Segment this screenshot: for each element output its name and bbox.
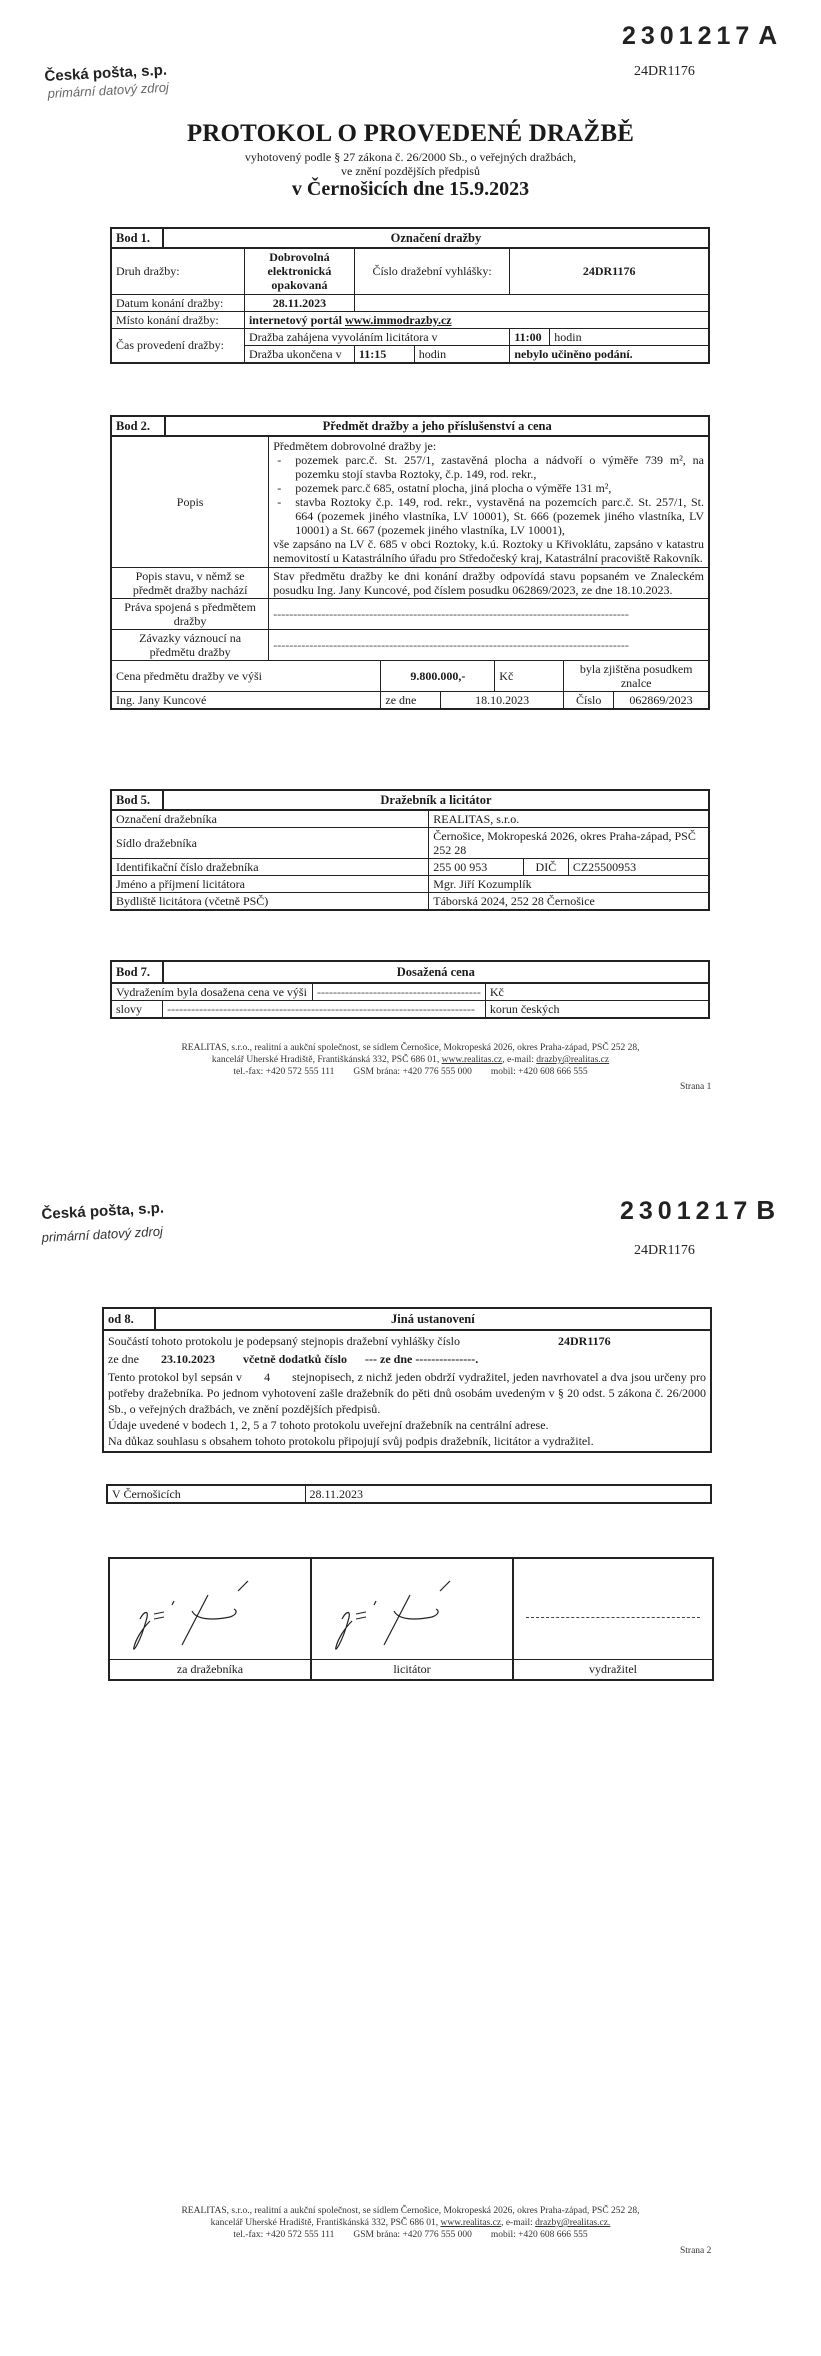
cena-label: Cena předmětu dražby ve výši (111, 661, 381, 692)
reference-number: 24DR1176 (634, 64, 695, 80)
bod2-number: Bod 2. (111, 416, 165, 436)
druh-value: Dobrovolná elektronická opakovaná (244, 248, 354, 294)
place-label: V Černošicích (107, 1485, 305, 1503)
stejnopisy-count: 4 (264, 1370, 270, 1384)
section-bod1: Bod 1. Označení dražby Druh dražby: Dobr… (110, 227, 710, 364)
ze-dne-label: ze dne (108, 1352, 139, 1366)
empty-cell (354, 294, 709, 311)
page-number-2: Strana 2 (680, 2246, 711, 2256)
hodin-label-2: hodin (414, 345, 510, 363)
oznaceni-value: REALITAS, s.r.o. (429, 810, 709, 828)
dodatky-label: včetně dodatků číslo (243, 1352, 347, 1366)
ze-dne-line: ze dne23.10.2023včetně dodatků číslo--- … (108, 1351, 706, 1367)
stav-value: Stav předmětu dražby ke dni konání dražb… (269, 568, 709, 599)
misto-value: internetový portál www.immodrazby.cz (244, 311, 709, 328)
stejnopisy-prefix: Tento protokol byl sepsán v (108, 1370, 242, 1384)
footer-page1: REALITAS, s.r.o., realitní a aukční spol… (0, 1042, 821, 1078)
signature-table: za dražebníka licitátor vydražitel (108, 1557, 714, 1681)
sidlo-label: Sídlo dražebníka (111, 828, 429, 859)
dosazena-cena-currency: Kč (485, 983, 709, 1001)
ceska-posta-title: Česká pošta, s.p. (41, 1200, 164, 1223)
bod1-title: Označení dražby (163, 228, 709, 248)
dosazena-cena-label: Vydražením byla dosažena cena ve výši (111, 983, 313, 1001)
footer-web-link[interactable]: www.realitas.cz (440, 2218, 501, 2228)
signature-vydrazitel (514, 1559, 712, 1659)
bod8-title: Jiná ustanovení (155, 1308, 711, 1330)
misto-label: Místo konání dražby: (111, 311, 244, 328)
page-subtitle-2: ve znění pozdějších předpisů (0, 164, 821, 178)
zahajena-time: 11:00 (510, 328, 550, 345)
stamp-page2: 2301217B (620, 1195, 775, 1226)
popis-label: Popis (111, 436, 269, 568)
souhlas-text: Na důkaz souhlasu s obsahem tohoto proto… (108, 1433, 706, 1449)
oznaceni-label: Označení dražebníka (111, 810, 429, 828)
place-date: v Černošicích dne 15.9.2023 (0, 178, 821, 201)
hodin-label-1: hodin (550, 328, 709, 345)
stamp-page1: 2301217A (622, 20, 777, 51)
cislo-posudku-value: 062869/2023 (613, 692, 709, 710)
handwritten-signature-icon (110, 1559, 310, 1659)
signature-label: licitátor (312, 1659, 512, 1679)
slovy-label: slovy (111, 1001, 163, 1019)
stejnopisy-text: Tento protokol byl sepsán v4stejnopisech… (108, 1369, 706, 1417)
stamp-letter: B (756, 1195, 775, 1225)
slovy-value: ----------------------------------------… (163, 1001, 486, 1019)
popis-list: pozemek parc.č. St. 257/1, zastavěná plo… (273, 453, 704, 537)
cislo-vyhlasky-label: Číslo dražební vyhlášky: (354, 248, 509, 294)
page-number-1: Strana 1 (680, 1082, 711, 1092)
dodatky-value: --- ze dne ---------------. (365, 1352, 478, 1366)
reference-number: 24DR1176 (634, 1243, 695, 1259)
licitator-value: Mgr. Jiří Kozumplík (429, 876, 709, 893)
footer-line3: tel.-fax: +420 572 555 111 GSM brána: +4… (0, 1066, 821, 1078)
stav-label: Popis stavu, v němž se předmět dražby na… (111, 568, 269, 599)
place-date-table: V Černošicích 28.11.2023 (106, 1484, 712, 1504)
misto-link[interactable]: www.immodrazby.cz (345, 313, 452, 327)
popis-item: stavba Roztoky č.p. 149, rod. rekr., vys… (273, 495, 704, 537)
bod8-number: od 8. (103, 1308, 155, 1330)
soucast-line: Součástí tohoto protokolu je podepsaný s… (108, 1333, 706, 1349)
footer-web-link[interactable]: www.realitas.cz (442, 1055, 503, 1065)
ukoncena-time: 11:15 (354, 345, 414, 363)
soucast-text: Součástí tohoto protokolu je podepsaný s… (108, 1334, 460, 1348)
signature-licitator (312, 1559, 512, 1659)
ze-dne-value: 18.10.2023 (440, 692, 563, 710)
signature-box-vydrazitel: vydražitel (513, 1558, 713, 1680)
vysledek-drazby: nebylo učiněno podání. (510, 345, 709, 363)
footer-page2: REALITAS, s.r.o., realitní a aukční spol… (0, 2205, 821, 2241)
bod5-number: Bod 5. (111, 790, 163, 810)
bod8-body: Součástí tohoto protokolu je podepsaný s… (103, 1330, 711, 1452)
signature-label: za dražebníka (110, 1659, 310, 1679)
zavazky-label: Závazky váznoucí na předmětu dražby (111, 630, 269, 661)
footer-address: kancelář Uherské Hradiště, Františkánská… (211, 2218, 441, 2228)
ze-dne-value: 23.10.2023 (161, 1352, 215, 1366)
vyhlaska-cislo: 24DR1176 (558, 1333, 611, 1349)
place-date-value: 28.11.2023 (305, 1485, 711, 1503)
popis-value: Předmětem dobrovolné dražby je: pozemek … (269, 436, 709, 568)
cislo-vyhlasky-value: 24DR1176 (510, 248, 709, 294)
ico-label: Identifikační číslo dražebníka (111, 859, 429, 876)
bod7-number: Bod 7. (111, 961, 163, 983)
popis-item: pozemek parc.č. St. 257/1, zastavěná plo… (273, 453, 704, 481)
ze-dne-label: ze dne (381, 692, 441, 710)
footer-line2: kancelář Uherské Hradiště, Františkánská… (0, 2217, 821, 2229)
cena-value: 9.800.000,- (381, 661, 495, 692)
datum-value: 28.11.2023 (244, 294, 354, 311)
section-bod7: Bod 7. Dosažená cena Vydražením byla dos… (110, 960, 710, 1019)
footer-email-link[interactable]: drazby@realitas.cz (536, 1055, 609, 1065)
section-bod8: od 8. Jiná ustanovení Součástí tohoto pr… (102, 1307, 712, 1453)
cena-currency: Kč (495, 661, 564, 692)
sidlo-value: Černošice, Mokropeská 2026, okres Praha-… (429, 828, 709, 859)
slovy-currency: korun českých (485, 1001, 709, 1019)
footer-line3: tel.-fax: +420 572 555 111 GSM brána: +4… (0, 2229, 821, 2241)
signature-box-licitator: licitátor (311, 1558, 513, 1680)
popis-item: pozemek parc.č 685, ostatní plocha, jiná… (273, 481, 704, 495)
footer-line1: REALITAS, s.r.o., realitní a aukční spol… (0, 2205, 821, 2217)
ico-value: 255 00 953 (429, 859, 524, 876)
bod5-title: Dražebník a licitátor (163, 790, 709, 810)
bod7-title: Dosažená cena (163, 961, 709, 983)
ukoncena-label: Dražba ukončena v (244, 345, 354, 363)
stamp-number: 2301217 (620, 1197, 752, 1225)
dic-label: DIČ (523, 859, 568, 876)
zavazky-value: ----------------------------------------… (269, 630, 709, 661)
signature-box-drazebnik: za dražebníka (109, 1558, 311, 1680)
bod1-number: Bod 1. (111, 228, 163, 248)
znalec-name: Ing. Jany Kuncové (111, 692, 381, 710)
bod2-title: Předmět dražby a jeho příslušenství a ce… (165, 416, 709, 436)
page-title: PROTOKOL O PROVEDENÉ DRAŽBĚ (0, 120, 821, 148)
footer-line1: REALITAS, s.r.o., realitní a aukční spol… (0, 1042, 821, 1054)
licitator-label: Jméno a příjmení licitátora (111, 876, 429, 893)
dosazena-cena-value: ----------------------------------------… (313, 983, 486, 1001)
datum-label: Datum konání dražby: (111, 294, 244, 311)
prava-value: ----------------------------------------… (269, 599, 709, 630)
dic-value: CZ25500953 (568, 859, 709, 876)
signature-label: vydražitel (514, 1659, 712, 1679)
stamp-number: 2301217 (622, 22, 754, 50)
zahajena-label: Dražba zahájena vyvoláním licitátora v (244, 328, 509, 345)
cena-note: byla zjištěna posudkem znalce (564, 661, 709, 692)
stamp-letter: A (758, 20, 777, 50)
signature-drazebnik (110, 1559, 310, 1659)
footer-email-prefix: , e-mail: (502, 1055, 536, 1065)
section-bod2: Bod 2. Předmět dražby a jeho příslušenst… (110, 415, 710, 710)
handwritten-signature-icon (312, 1559, 512, 1659)
bydliste-label: Bydliště licitátora (včetně PSČ) (111, 893, 429, 911)
popis-intro: Předmětem dobrovolné dražby je: (273, 439, 704, 453)
footer-address: kancelář Uherské Hradiště, Františkánská… (212, 1055, 442, 1065)
prava-label: Práva spojená s předmětem dražby (111, 599, 269, 630)
footer-line2: kancelář Uherské Hradiště, Františkánská… (0, 1054, 821, 1066)
empty-signature-line (526, 1617, 700, 1618)
footer-email-link[interactable]: drazby@realitas.cz. (535, 2218, 610, 2228)
page-subtitle-1: vyhotovený podle § 27 zákona č. 26/2000 … (0, 150, 821, 164)
section-bod5: Bod 5. Dražebník a licitátor Označení dr… (110, 789, 710, 911)
bydliste-value: Táborská 2024, 252 28 Černošice (429, 893, 709, 911)
footer-email-prefix: , e-mail: (501, 2218, 535, 2228)
popis-outro: vše zapsáno na LV č. 685 v obci Roztoky,… (273, 537, 704, 565)
druh-label: Druh dražby: (111, 248, 244, 294)
cislo-posudku-label: Číslo (564, 692, 614, 710)
misto-prefix: internetový portál (249, 313, 345, 327)
udaje-text: Údaje uvedené v bodech 1, 2, 5 a 7 tohot… (108, 1417, 706, 1433)
ceska-posta-subtitle: primární datový zdroj (41, 1224, 163, 1245)
cas-label: Čas provedení dražby: (111, 328, 244, 363)
